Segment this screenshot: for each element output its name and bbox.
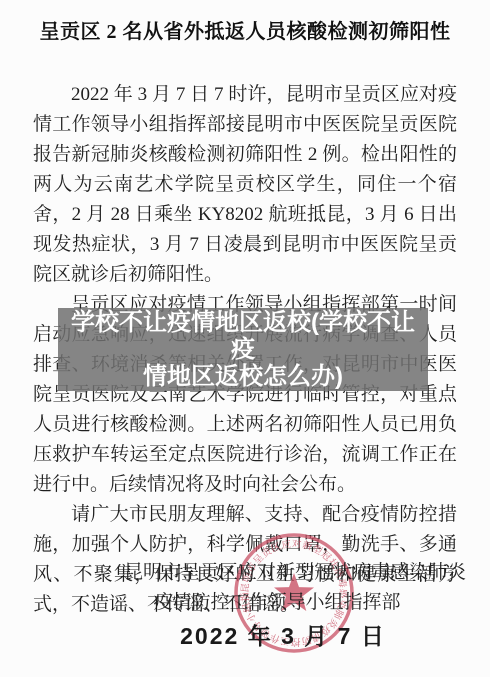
document-title: 呈贡区 2 名从省外抵返人员核酸检测初筛阳性	[0, 15, 490, 44]
signature-block: 昆明市呈贡区应对新型冠状病毒感染肺炎 疫情防控工作领导小组指挥部 2022 年 …	[95, 558, 490, 651]
paragraph-1: 2022 年 3 月 7 日 7 时许，昆明市呈贡区应对疫情工作领导小组指挥部接…	[33, 80, 457, 290]
watermark-overlay: 学校不让疫情地区返校(学校不让疫 情地区返校怎么办)	[58, 308, 428, 391]
notice-page: 呈贡区 2 名从省外抵返人员核酸检测初筛阳性 2022 年 3 月 7 日 7 …	[0, 0, 490, 677]
signature-authority-line-2: 疫情防控工作领导小组指挥部	[95, 588, 459, 618]
signature-date: 2022 年 3 月 7 日	[95, 621, 471, 651]
watermark-text-line-1: 学校不让疫情地区返校(学校不让疫	[60, 309, 426, 363]
signature-authority-line-1: 昆明市呈贡区应对新型冠状病毒感染肺炎	[95, 558, 490, 588]
watermark-text-line-2: 情地区返校怎么办)	[60, 363, 426, 390]
